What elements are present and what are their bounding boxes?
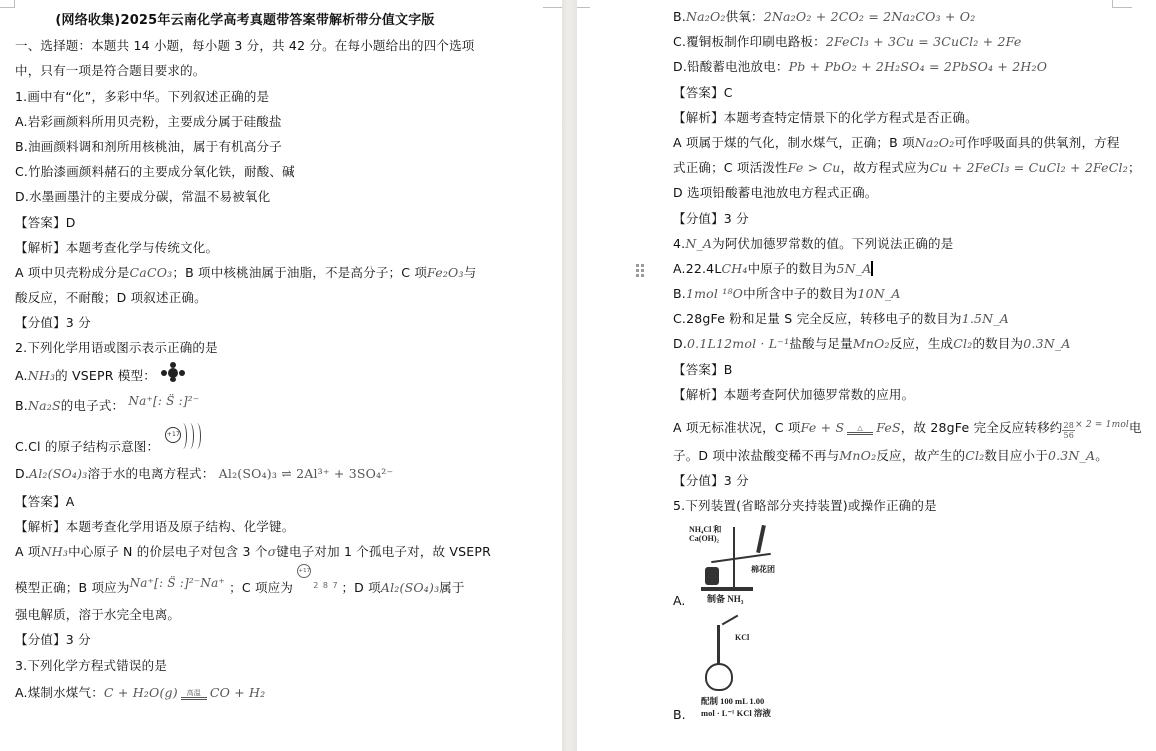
formula: Al₂(SO₄)₃ [29,466,87,481]
q3-option-c: C.覆铜板制作印刷电路板：2FeCl₃ + 3Cu = 3CuCl₂ + 2Fe [673,29,1133,54]
q3-option-b: B.Na₂O₂供氧：2Na₂O₂ + 2CO₂ = 2Na₂CO₃ + O₂ [673,4,1133,29]
formula: 1.5N_A [962,311,1009,326]
formula: 0.3N_A [1023,336,1070,351]
q2-option-b: B.Na₂S的电子式： Na⁺[: S̈ :]²⁻ [15,391,475,421]
q4-analysis: 【解析】本题考查阿伏加德罗常数的应用。 [673,382,1133,407]
equation: 2Na₂O₂ + 2CO₂ = 2Na₂CO₃ + O₂ [764,9,976,24]
formula: × 2 = 1mol [1075,420,1129,430]
caption: KCl [735,633,749,642]
text: 的数目为 [972,336,1023,351]
caption: 制备 NH₃ [707,595,743,604]
q2-analysis: 【解析】本题考查化学用语及原子结构、化学键。 [15,514,475,539]
formula: Na⁺[: S̈ :]²⁻Na⁺ [130,576,225,590]
formula: Na₂O₂ [686,9,726,24]
text: D. [15,466,29,481]
text: A 项属于煤的气化，制水煤气，正确；B 项 [673,135,915,150]
formula: Al₂(SO₄)₃ [381,580,439,595]
option-label: B. [673,707,686,722]
equation: Pb + PbO₂ + 2H₂SO₄ = 2PbSO₄ + 2H₂O [789,59,1048,74]
page-content[interactable]: B.Na₂O₂供氧：2Na₂O₂ + 2CO₂ = 2Na₂CO₃ + O₂ C… [673,4,1133,727]
q2-score: 【分值】3 分 [15,627,475,652]
q4-option-a[interactable]: A.22.4LCH₄中原子的数目为5N_A [673,256,1133,281]
question-1: 1.画中有“化”，多彩中华。下列叙述正确的是 [15,84,475,109]
q2-explanation-end: 强电解质，溶于水完全电离。 [15,602,475,627]
formula: Fe₂O₃ [427,265,464,280]
caption: 棉花团 [751,565,775,574]
text: ，故 28gFe 完全反应转移约 [901,420,1063,435]
q1-analysis: 【解析】本题考查化学与传统文化。 [15,235,475,260]
text: D.铅酸蓄电池放电： [673,59,789,74]
q4-answer: 【答案】B [673,357,1133,382]
margin-marker-top-right [543,0,562,8]
q1-option-c: C.竹胎漆画颜料赭石的主要成分氧化铁，耐酸、碱 [15,159,475,184]
q5-option-a: NH₄Cl 和 Ca(OH)₂ 棉花团 制备 NH₃ A. [673,523,1133,613]
margin-marker-top-left [0,0,15,8]
q1-option-d: D.水墨画墨汁的主要成分碳，常温不易被氧化 [15,184,475,209]
formula: 0.1L12mol · L⁻¹ [687,336,789,351]
formula: Na₂S [28,398,61,413]
document-title: (网络收集)2025年云南化学高考真题带答案带解析带分值文字版 [15,8,475,33]
formula: FeS [876,420,901,435]
text: 子。D 项中浓盐酸变稀不再与 [673,448,839,463]
text: C.28gFe 粉和足量 S 完全反应，转移电子的数目为 [673,311,962,326]
caption: mol · L⁻¹ KCl 溶液 [701,709,771,718]
condition: 高温 [187,690,201,697]
text: A 项 [15,544,41,559]
text: 盐酸与足量 [789,336,853,351]
ionization-equation: Al₂(SO₄)₃ ⇌ 2Al³⁺ + 3SO₄²⁻ [219,466,394,481]
text: 中所含中子的数目为 [743,286,857,301]
text: B. [673,286,686,301]
text: 与 [464,265,477,280]
q3-explanation-cont: 式正确；C 项活泼性Fe > Cu，故方程式应为Cu + 2FeCl₃ = Cu… [673,155,1133,180]
text: A 项无标准状况，C 项 [673,420,801,435]
drag-handle-icon[interactable] [636,264,646,278]
formula: CH₄ [722,261,748,276]
q4-option-c: C.28gFe 粉和足量 S 完全反应，转移电子的数目为1.5N_A [673,306,1133,331]
formula: NH₃ [28,368,55,383]
caption: 配制 100 mL 1.00 [701,697,764,706]
q3-option-a: A.煤制水煤气：C + H₂O(g)高温CO + H₂ [15,678,475,708]
formula: CO + H₂ [210,685,266,700]
text: ； [1128,160,1141,175]
formula: MnO₂ [839,448,876,463]
vsepr-model-image [160,362,186,382]
option-label: A. [673,593,685,608]
formula: Cl₂ [953,336,972,351]
q3-option-d: D.铅酸蓄电池放电：Pb + PbO₂ + 2H₂SO₄ = 2PbSO₄ + … [673,54,1133,79]
q4-explanation: A 项无标准状况，C 项Fe + S△FeS，故 28gFe 完全反应转移约28… [673,413,1133,443]
section-intro-cont: 中，只有一项是符合题目要求的。 [15,58,475,83]
q4-option-b: B.1mol ¹⁸O中所含中子的数目为10N_A [673,281,1133,306]
text-cursor [871,261,873,276]
text: D. [673,336,687,351]
text: 4. [673,236,685,251]
formula: NH₃ [41,544,68,559]
section-intro: 一、选择题：本题共 14 小题，每小题 3 分，共 42 分。在每小题给出的四个… [15,33,475,58]
text: 为阿伏加德罗常数的值。下列说法正确的是 [712,236,953,251]
q4-option-d: D.0.1L12mol · L⁻¹盐酸与足量MnO₂反应，生成Cl₂的数目为0.… [673,331,1133,356]
text: 模型正确；B 项应为 [15,580,130,595]
formula: CaCO₃ [130,265,173,280]
text: ，故方程式应为 [841,160,930,175]
condition-arrow: 高温 [181,690,207,700]
q2-explanation: A 项NH₃中心原子 N 的价层电子对包含 3 个σ键电子对加 1 个孤电子对，… [15,539,475,564]
text: C.Cl 的原子结构示意图： [15,439,159,454]
text: ；C 项应为 [229,580,293,595]
formula: 0.3N_A [1048,448,1095,463]
text: 反应，生成 [890,336,954,351]
text: A. [15,368,28,383]
q1-explanation: A 项中贝壳粉成分是CaCO₃；B 项中核桃油属于油脂，不是高分子；C 项Fe₂… [15,260,475,285]
formula: Fe + S [801,420,845,435]
nucleus: +17 [297,564,311,578]
question-3: 3.下列化学方程式错误的是 [15,653,475,678]
condition: △ [857,425,863,432]
volumetric-flask-image: KCl 配制 100 mL 1.00 mol · L⁻¹ KCl 溶液 [687,617,777,721]
numerator: 28 [1062,421,1075,431]
formula: Na₂O₂ [915,135,955,150]
text: 可作呼吸面具的供氧剂，方程 [954,135,1119,150]
q1-answer: 【答案】D [15,210,475,235]
question-2: 2.下列化学用语或图示表示正确的是 [15,335,475,360]
text: C.覆铜板制作印刷电路板： [673,34,826,49]
text: B. [673,9,686,24]
q3-analysis: 【解析】本题考查特定情景下的化学方程式是否正确。 [673,105,1133,130]
text: 数目应小于 [984,448,1048,463]
text: B. [15,398,28,413]
formula: N_A [685,236,712,251]
q1-option-b: B.油画颜料调和剂所用核桃油，属于有机高分子 [15,134,475,159]
q1-option-a: A.岩彩画颜料所用贝壳粉，主要成分属于硅酸盐 [15,109,475,134]
q3-explanation: A 项属于煤的气化，制水煤气，正确；B 项Na₂O₂可作呼吸面具的供氧剂，方程 [673,130,1133,155]
equation: 2FeCl₃ + 3Cu = 3CuCl₂ + 2Fe [826,34,1022,49]
formula: 1mol ¹⁸O [686,286,743,301]
caption: Ca(OH)₂ [689,534,719,543]
q1-explanation-cont: 酸反应，不耐酸；D 项叙述正确。 [15,285,475,310]
text: A.煤制水煤气： [15,685,104,700]
text: ；B 项中核桃油属于油脂，不是高分子；C 项 [172,265,427,280]
shells: 2 8 7 [313,564,338,608]
text: 中原子的数目为 [748,261,837,276]
q2-answer: 【答案】A [15,489,475,514]
formula: Cl₂ [965,448,984,463]
text: 电 [1129,420,1142,435]
formula: 10N_A [857,286,900,301]
margin-marker-top-left [577,0,590,8]
text: ；D 项 [341,580,380,595]
denominator: 56 [1063,431,1074,440]
text: 的 VSEPR 模型： [55,368,156,383]
fraction: 2856 [1062,421,1075,440]
atom-structure-image: +17 2 8 7 [297,564,337,586]
condition-arrow: △ [847,425,873,435]
electron-formula: Na⁺[: S̈ :]²⁻ [128,394,199,408]
text: 式正确；C 项活泼性 [673,160,788,175]
text: 中心原子 N 的价层电子对包含 3 个 [68,544,268,559]
q3-explanation-end: D 选项铅酸蓄电池放电方程式正确。 [673,180,1133,205]
formula: C + H₂O(g) [104,685,178,700]
text: 键电子对加 1 个孤电子对，故 VSEPR [276,544,491,559]
q3-answer: 【答案】C [673,80,1133,105]
q4-explanation-cont: 子。D 项中浓盐酸变稀不再与MnO₂反应，故产生的Cl₂数目应小于0.3N_A。 [673,443,1133,468]
atom-structure-image: +17 [163,421,207,451]
q2-option-a: A.NH₃的 VSEPR 模型： [15,361,475,391]
text: 。 [1095,448,1108,463]
text: 的电子式： [61,398,125,413]
page-content[interactable]: (网络收集)2025年云南化学高考真题带答案带解析带分值文字版 一、选择题：本题… [15,8,475,708]
question-5: 5.下列装置(省略部分夹持装置)或操作正确的是 [673,493,1133,518]
text: 溶于水的电离方程式： [87,466,214,481]
text: 反应，故产生的 [876,448,965,463]
q2-option-d: D.Al₂(SO₄)₃溶于水的电离方程式： Al₂(SO₄)₃ ⇌ 2Al³⁺ … [15,459,475,489]
document-page-left[interactable]: (网络收集)2025年云南化学高考真题带答案带解析带分值文字版 一、选择题：本题… [0,0,562,751]
document-page-right[interactable]: B.Na₂O₂供氧：2Na₂O₂ + 2CO₂ = 2Na₂CO₃ + O₂ C… [577,0,1156,751]
equation: Cu + 2FeCl₃ = CuCl₂ + 2FeCl₂ [929,160,1128,175]
question-4: 4.N_A为阿伏加德罗常数的值。下列说法正确的是 [673,231,1133,256]
q2-explanation-cont: 模型正确；B 项应为Na⁺[: S̈ :]²⁻Na⁺ ；C 项应为 +17 2 … [15,564,475,602]
formula: 5N_A [837,261,872,276]
text: A.22.4L [673,261,722,276]
q5-option-b: KCl 配制 100 mL 1.00 mol · L⁻¹ KCl 溶液 B. [673,617,1133,727]
ammonia-apparatus-image: NH₄Cl 和 Ca(OH)₂ 棉花团 制备 NH₃ [687,523,777,607]
text: 供氧： [726,9,764,24]
caption: NH₄Cl 和 [689,525,721,534]
text: A 项中贝壳粉成分是 [15,265,130,280]
formula: Fe > Cu [788,160,841,175]
formula: MnO₂ [853,336,890,351]
q3-score: 【分值】3 分 [673,206,1133,231]
q1-score: 【分值】3 分 [15,310,475,335]
q4-score: 【分值】3 分 [673,468,1133,493]
sigma-symbol: σ [268,544,277,559]
page-separator [562,0,577,751]
text: 属于 [439,580,464,595]
q2-option-c: C.Cl 的原子结构示意图： +17 [15,421,475,459]
